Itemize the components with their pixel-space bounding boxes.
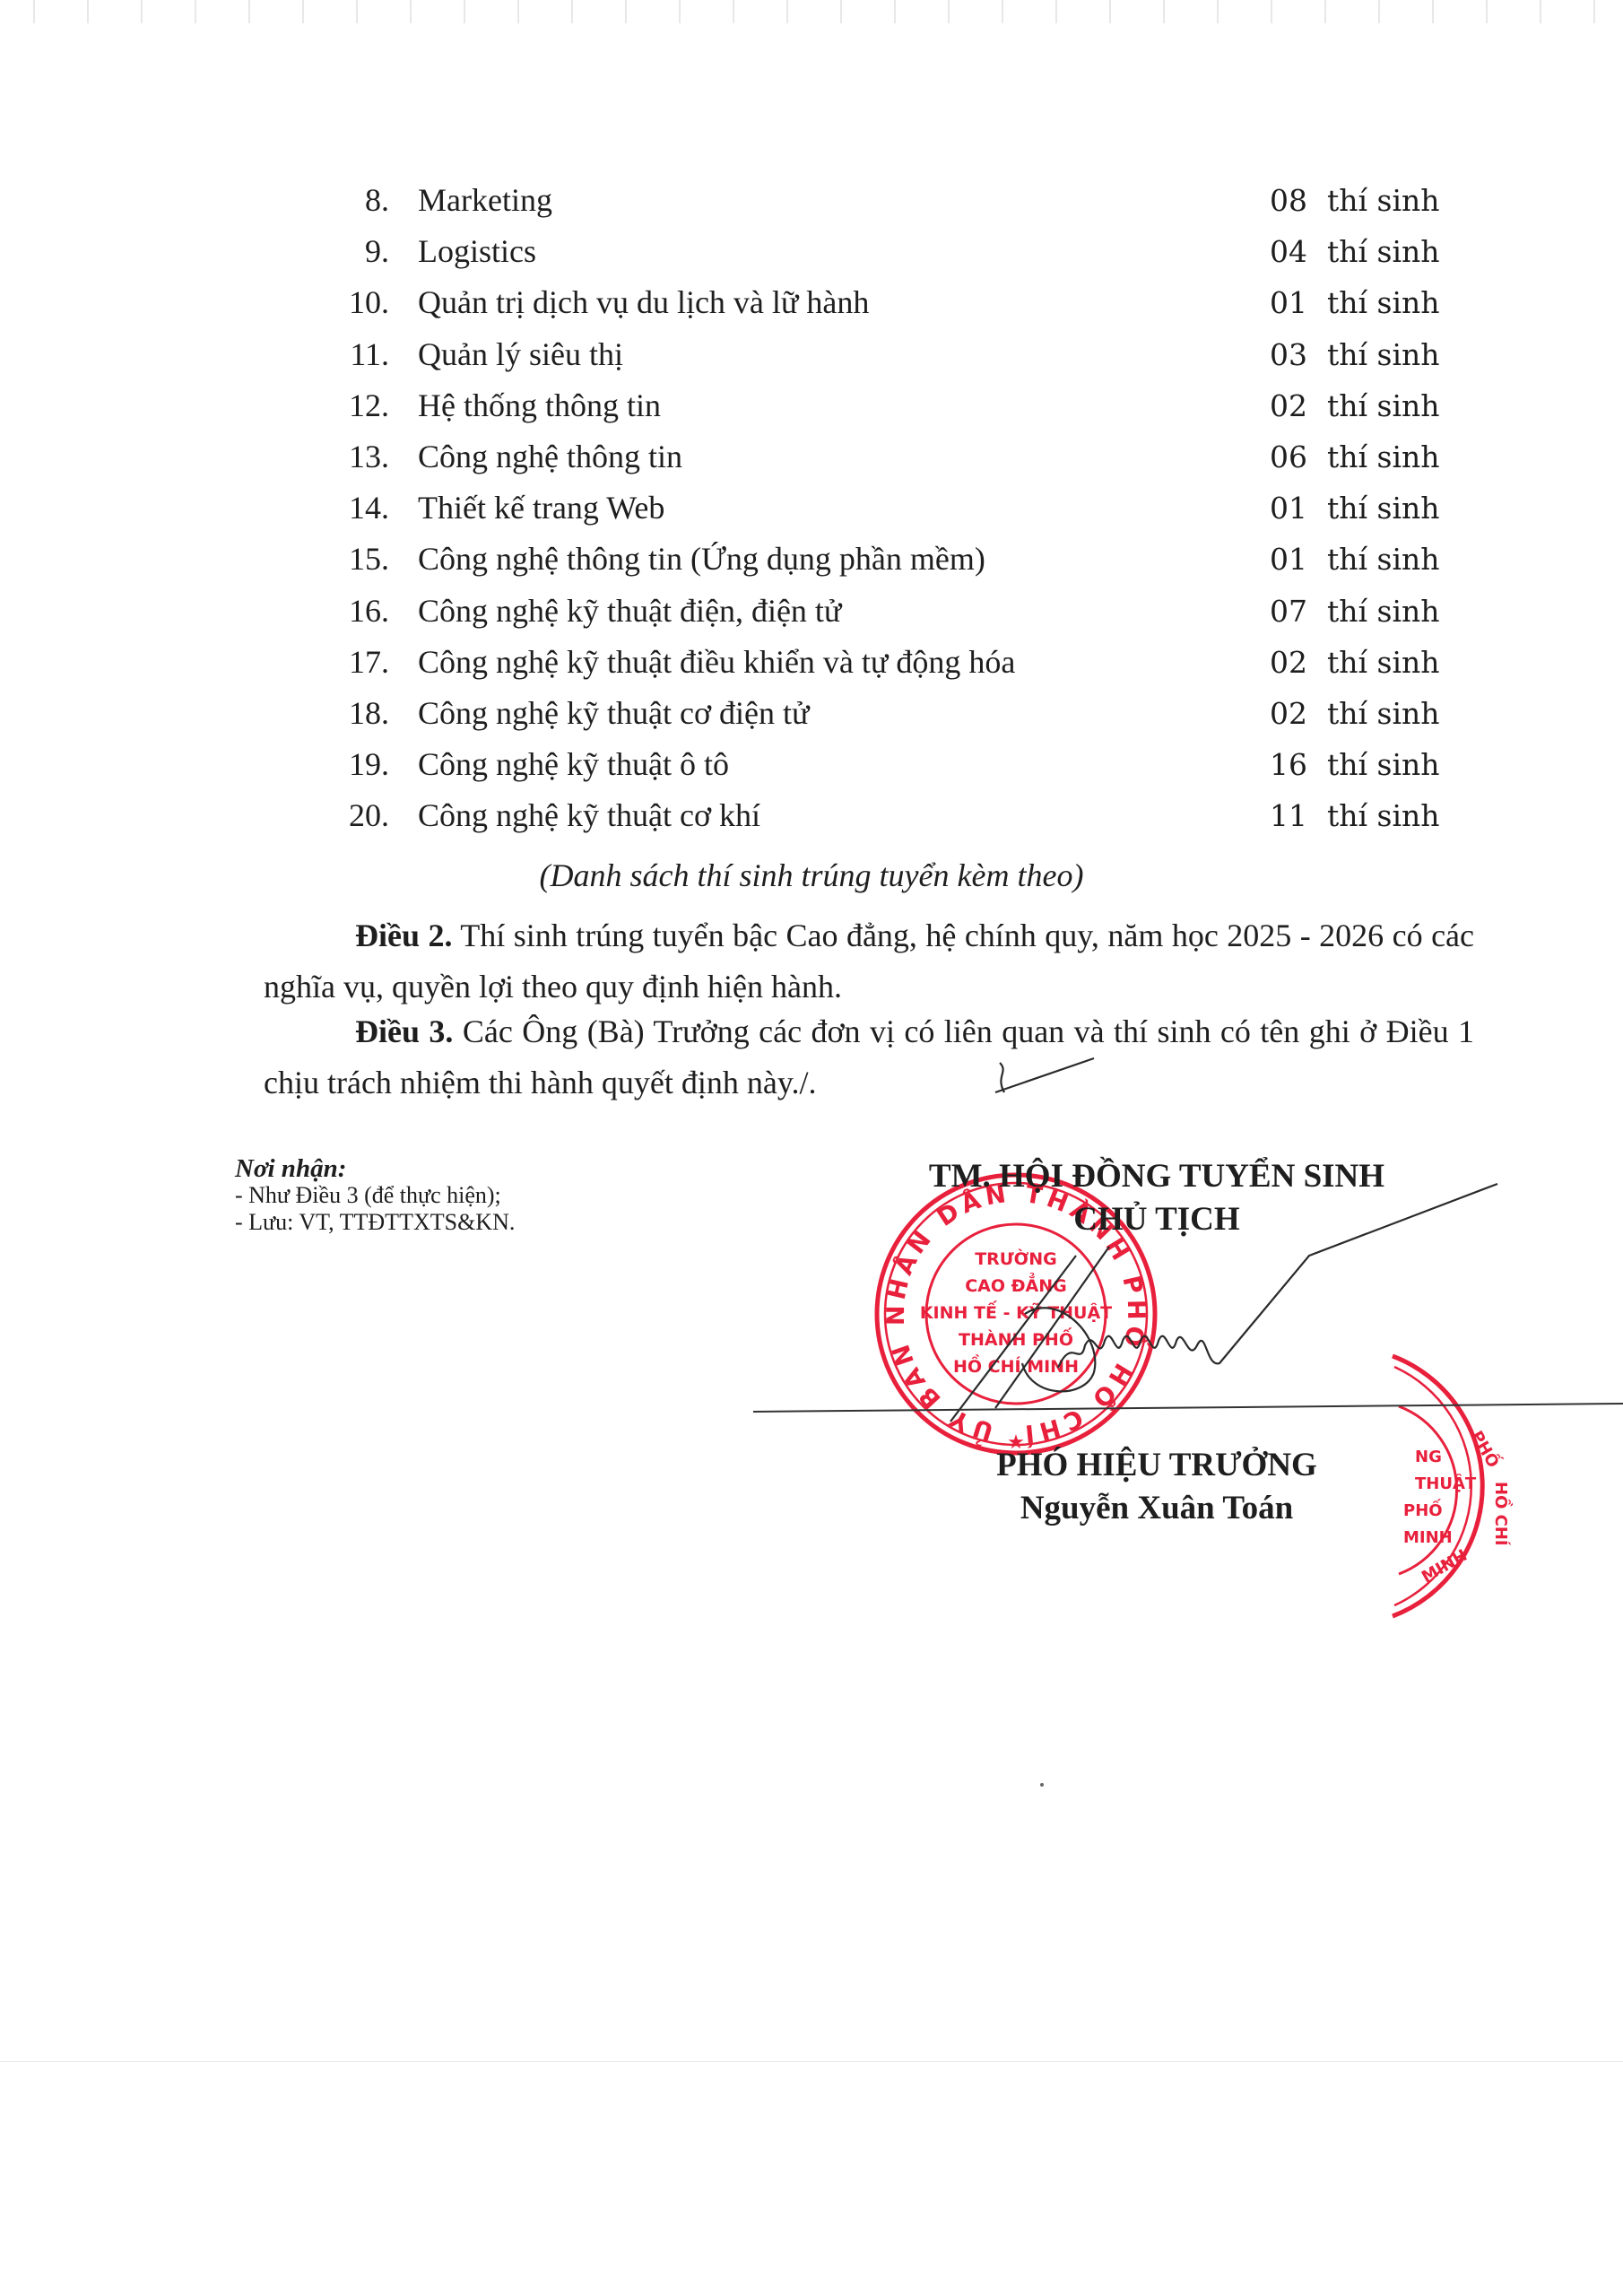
signer-position: PHÓ HIỆU TRƯỞNG xyxy=(816,1446,1497,1484)
attachment-note: (Danh sách thí sinh trúng tuyển kèm theo… xyxy=(0,857,1623,894)
major-row: 11. Quản lý siêu thị 03 thí sinh xyxy=(0,329,1623,380)
major-count: 02 xyxy=(1263,637,1307,688)
major-unit: thí sinh xyxy=(1327,175,1440,226)
major-name: Công nghệ kỹ thuật cơ khí xyxy=(418,790,760,841)
recipient-item: - Như Điều 3 (để thực hiện); xyxy=(235,1182,515,1209)
partial-stamp-icon: NG THUẬT PHỐ MINH PHỐ HỒ CHÍ MINH xyxy=(1393,1356,1513,1616)
major-count: 16 xyxy=(1263,739,1307,790)
major-index: 9. xyxy=(365,226,389,277)
major-row: 15. Công nghệ thông tin (Ứng dụng phần m… xyxy=(0,534,1623,585)
major-count: 07 xyxy=(1263,586,1307,637)
major-unit: thí sinh xyxy=(1327,483,1440,534)
major-index: 11. xyxy=(350,329,389,380)
svg-text:MINH: MINH xyxy=(1403,1528,1453,1547)
signature-title-chairman: CHỦ TỊCH xyxy=(816,1200,1497,1239)
signature-title-council: TM. HỘI ĐỒNG TUYỂN SINH xyxy=(816,1157,1497,1196)
major-index: 20. xyxy=(349,790,389,841)
major-count: 02 xyxy=(1263,380,1307,431)
major-row: 13. Công nghệ thông tin 06 thí sinh xyxy=(0,431,1623,483)
major-unit: thí sinh xyxy=(1327,790,1440,841)
major-row: 12. Hệ thống thông tin 02 thí sinh xyxy=(0,380,1623,431)
major-count: 08 xyxy=(1263,175,1307,226)
major-row: 20. Công nghệ kỹ thuật cơ khí 11 thí sin… xyxy=(0,790,1623,841)
major-index: 14. xyxy=(349,483,389,534)
recipients-title: Nơi nhận: xyxy=(235,1155,515,1182)
major-name: Hệ thống thông tin xyxy=(418,380,661,431)
major-unit: thí sinh xyxy=(1327,380,1440,431)
major-unit: thí sinh xyxy=(1327,534,1440,585)
scan-top-edge xyxy=(0,0,1623,23)
major-name: Quản lý siêu thị xyxy=(418,329,623,380)
scan-artifact-line xyxy=(0,2061,1623,2062)
major-count: 01 xyxy=(1263,534,1307,585)
recipient-item: - Lưu: VT, TTĐTTXTS&KN. xyxy=(235,1209,515,1236)
svg-text:TRƯỜNG: TRƯỜNG xyxy=(975,1248,1057,1269)
signature-underline xyxy=(753,1404,1623,1412)
svg-text:MINH: MINH xyxy=(1419,1546,1471,1587)
major-name: Công nghệ kỹ thuật cơ điện tử xyxy=(418,688,809,739)
major-index: 16. xyxy=(349,586,389,637)
major-index: 18. xyxy=(349,688,389,739)
major-row: 14. Thiết kế trang Web 01 thí sinh xyxy=(0,483,1623,534)
article-3: Điều 3. Các Ông (Bà) Trưởng các đơn vị c… xyxy=(264,1006,1474,1109)
major-row: 16. Công nghệ kỹ thuật điện, điện tử 07 … xyxy=(0,586,1623,637)
major-index: 17. xyxy=(349,637,389,688)
svg-text:HỒ CHÍ MINH: HỒ CHÍ MINH xyxy=(953,1353,1079,1377)
major-unit: thí sinh xyxy=(1327,329,1440,380)
major-unit: thí sinh xyxy=(1327,688,1440,739)
major-count: 06 xyxy=(1263,431,1307,483)
major-unit: thí sinh xyxy=(1327,226,1440,277)
major-count: 01 xyxy=(1263,277,1307,328)
major-count: 02 xyxy=(1263,688,1307,739)
major-name: Quản trị dịch vụ du lịch và lữ hành xyxy=(418,277,869,328)
article-2-label: Điều 2. xyxy=(355,918,452,953)
major-index: 13. xyxy=(349,431,389,483)
major-count: 01 xyxy=(1263,483,1307,534)
major-row: 9. Logistics 04 thí sinh xyxy=(0,226,1623,277)
major-row: 10. Quản trị dịch vụ du lịch và lữ hành … xyxy=(0,277,1623,328)
recipients-block: Nơi nhận: - Như Điều 3 (để thực hiện); -… xyxy=(235,1155,515,1236)
major-row: 19. Công nghệ kỹ thuật ô tô 16 thí sinh xyxy=(0,739,1623,790)
major-unit: thí sinh xyxy=(1327,586,1440,637)
major-row: 17. Công nghệ kỹ thuật điều khiển và tự … xyxy=(0,637,1623,688)
major-name: Công nghệ thông tin (Ứng dụng phần mềm) xyxy=(418,534,985,585)
major-unit: thí sinh xyxy=(1327,277,1440,328)
article-2: Điều 2. Thí sinh trúng tuyển bậc Cao đẳn… xyxy=(264,910,1474,1013)
major-row: 18. Công nghệ kỹ thuật cơ điện tử 02 thí… xyxy=(0,688,1623,739)
major-count: 11 xyxy=(1263,790,1307,841)
major-index: 10. xyxy=(349,277,389,328)
major-row: 8. Marketing 08 thí sinh xyxy=(0,175,1623,226)
major-unit: thí sinh xyxy=(1327,431,1440,483)
major-count: 04 xyxy=(1263,226,1307,277)
svg-text:KINH TẾ - KỸ THUẬT: KINH TẾ - KỸ THUẬT xyxy=(920,1300,1112,1323)
major-name: Công nghệ kỹ thuật ô tô xyxy=(418,739,729,790)
major-index: 8. xyxy=(365,175,389,226)
major-unit: thí sinh xyxy=(1327,739,1440,790)
signature-icon xyxy=(950,1058,1497,1422)
article-3-label: Điều 3. xyxy=(355,1013,453,1049)
major-index: 15. xyxy=(349,534,389,585)
major-name: Logistics xyxy=(418,226,536,277)
signer-name: Nguyễn Xuân Toán xyxy=(816,1489,1497,1527)
major-name: Công nghệ thông tin xyxy=(418,431,682,483)
major-unit: thí sinh xyxy=(1327,637,1440,688)
major-name: Thiết kế trang Web xyxy=(418,483,664,534)
svg-text:CAO ĐẲNG: CAO ĐẲNG xyxy=(965,1272,1067,1296)
svg-text:THÀNH PHỐ: THÀNH PHỐ xyxy=(959,1326,1073,1350)
major-name: Công nghệ kỹ thuật điện, điện tử xyxy=(418,586,841,637)
major-index: 12. xyxy=(349,380,389,431)
major-count: 03 xyxy=(1263,329,1307,380)
major-name: Marketing xyxy=(418,175,552,226)
major-index: 19. xyxy=(349,739,389,790)
major-name: Công nghệ kỹ thuật điều khiển và tự động… xyxy=(418,637,1015,688)
